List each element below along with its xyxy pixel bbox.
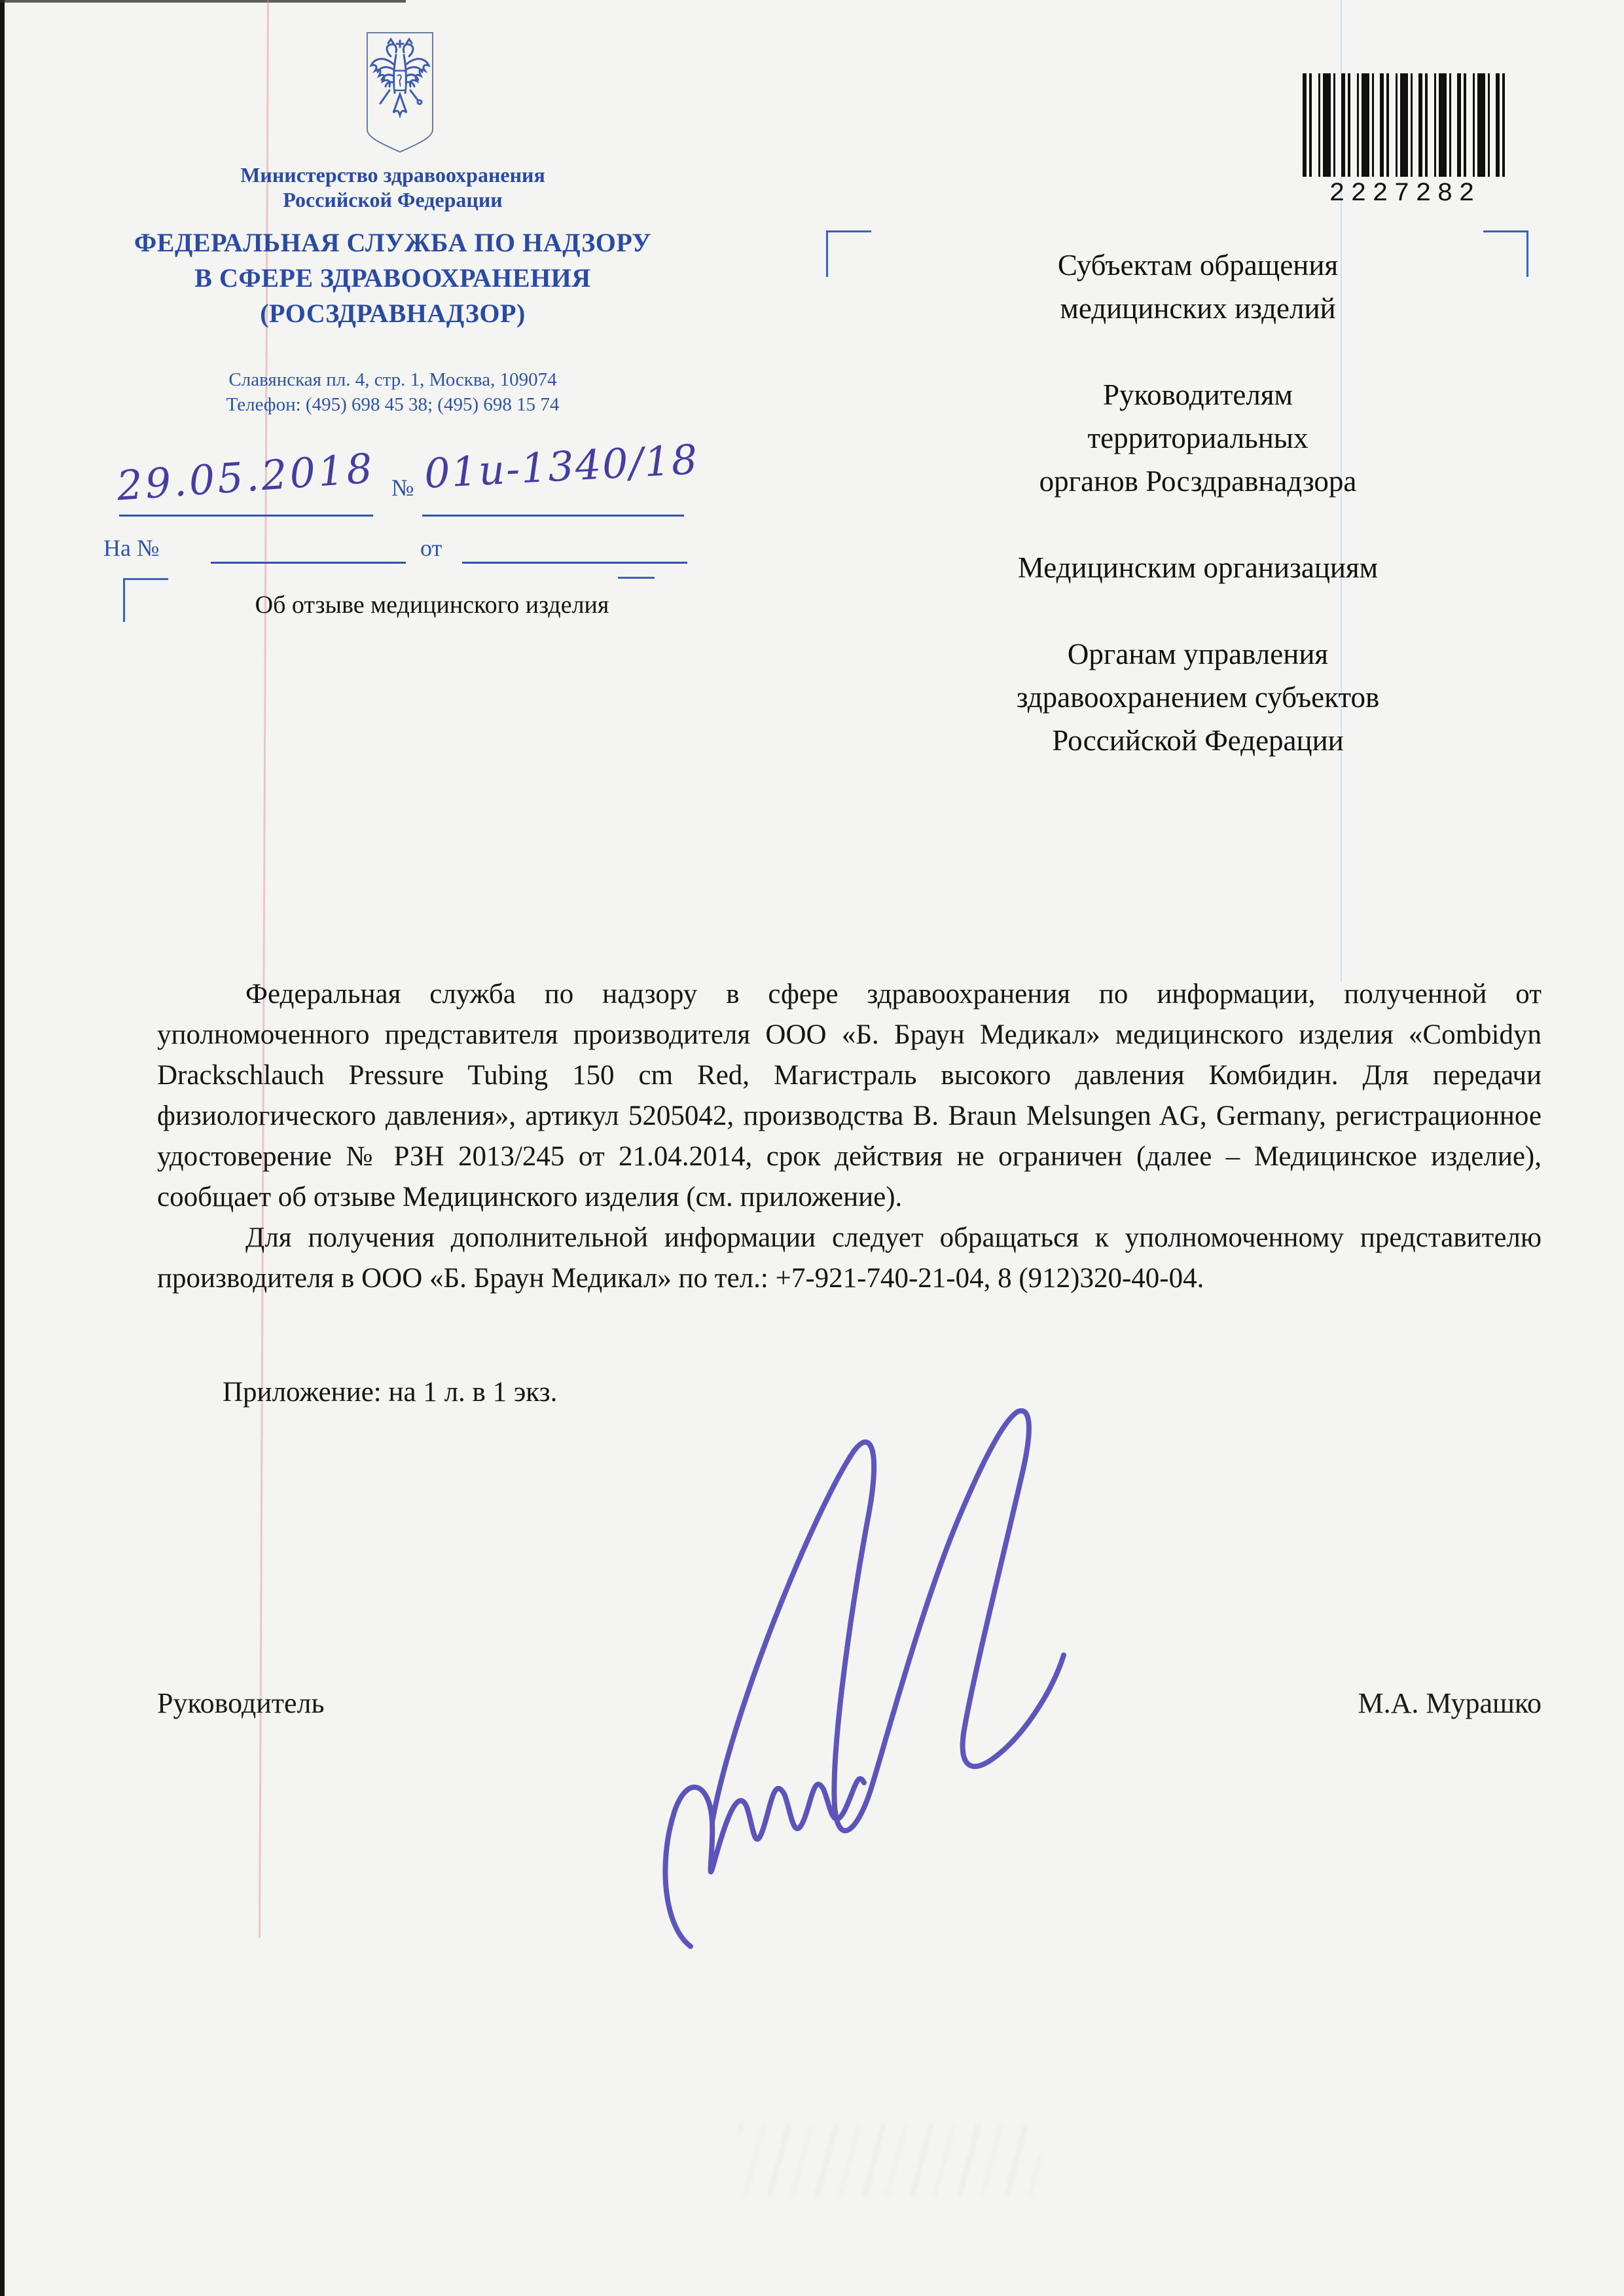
signature-scribble-icon bbox=[628, 1393, 1074, 1963]
service-name-line3: (РОСЗДРАВНАДЗОР) bbox=[98, 299, 687, 329]
recipient-group: Органам управленияздравоохранением субъе… bbox=[857, 632, 1538, 762]
date-underline bbox=[119, 515, 373, 517]
recipient-group: Руководителямтерриториальныхорганов Росз… bbox=[857, 373, 1538, 503]
scan-edge-top bbox=[0, 0, 406, 3]
recipient-line: Российской Федерации bbox=[857, 719, 1538, 762]
scan-edge-left bbox=[0, 0, 5, 2296]
recipient-group: Субъектам обращениямедицинских изделий bbox=[857, 244, 1538, 330]
signer-name: М.А. Мурашко bbox=[1244, 1686, 1542, 1720]
barcode-bars-icon bbox=[1303, 73, 1507, 177]
body-paragraph-1: Федеральная служба по надзору в сфере зд… bbox=[157, 974, 1542, 1218]
barcode-number: 2227282 bbox=[1303, 179, 1507, 209]
recipient-group: Медицинским организациям bbox=[857, 546, 1538, 589]
recipient-line: Органам управления bbox=[857, 632, 1538, 676]
letter-body: Федеральная служба по надзору в сфере зд… bbox=[157, 974, 1542, 1413]
ministry-name-line2: Российской Федерации bbox=[98, 187, 687, 212]
subject-line: Об отзыве медицинского изделия bbox=[196, 591, 668, 619]
recipient-line: здравоохранением субъектов bbox=[857, 676, 1538, 719]
recipients-block: Субъектам обращениямедицинских изделийРу… bbox=[857, 244, 1538, 805]
body-paragraph-2: Для получения дополнительной информации … bbox=[157, 1218, 1542, 1299]
signer-position: Руководитель bbox=[157, 1686, 325, 1720]
recipient-line: Субъектам обращения bbox=[857, 244, 1538, 287]
barcode: 2227282 bbox=[1303, 73, 1507, 209]
recipient-line: Медицинским организациям bbox=[857, 546, 1538, 589]
russian-coat-of-arms-icon bbox=[348, 30, 452, 155]
subject-corner-right bbox=[618, 577, 655, 579]
ghost-showthrough bbox=[740, 2124, 1041, 2196]
number-underline bbox=[422, 515, 684, 517]
recipient-line: органов Росздравнадзора bbox=[857, 460, 1538, 503]
reply-to-date-underline bbox=[462, 562, 687, 564]
phone-line: Телефон: (495) 698 45 38; (495) 698 15 7… bbox=[98, 394, 687, 416]
reply-to-number-underline bbox=[211, 562, 406, 564]
number-sign: № bbox=[391, 474, 414, 501]
scanned-letter-page: { "letterhead": { "emblem_icon": "russia… bbox=[0, 0, 1624, 2296]
subject-corner-left bbox=[123, 578, 168, 622]
outgoing-date-handwritten: 29.05.2018 bbox=[115, 444, 376, 509]
address-line: Славянская пл. 4, стр. 1, Москва, 109074 bbox=[98, 369, 687, 391]
reply-to-number-label: На № bbox=[103, 534, 159, 562]
service-name-line1: ФЕДЕРАЛЬНАЯ СЛУЖБА ПО НАДЗОРУ bbox=[98, 228, 687, 258]
outgoing-number-handwritten: 01и-1340/18 bbox=[423, 435, 700, 498]
service-name-line2: В СФЕРЕ ЗДРАВООХРАНЕНИЯ bbox=[98, 263, 687, 293]
recipient-line: медицинских изделий bbox=[857, 287, 1538, 330]
reply-to-date-label: от bbox=[420, 534, 442, 562]
recipient-line: территориальных bbox=[857, 416, 1538, 460]
recipient-line: Руководителям bbox=[857, 373, 1538, 416]
ministry-name-line1: Министерство здравоохранения bbox=[98, 162, 687, 187]
